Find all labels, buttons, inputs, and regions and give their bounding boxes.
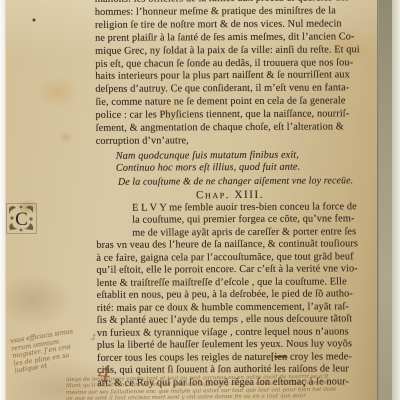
paragraph-line: corruption d’vn’autre, <box>96 134 380 149</box>
background-strip-right <box>392 0 400 400</box>
book-page: C maiſons: les officiers de la iuſtice a… <box>6 0 378 400</box>
latin-quote-line: Continuo hoc mors eſt illius, quod fuit … <box>96 161 380 175</box>
paragraph-line: ne prent plaiſir à la ſanté de ſes amis … <box>95 31 379 46</box>
paragraph-line: mique Grec, ny ſoldat à la paix de ſa vi… <box>95 44 379 59</box>
corrected-line-before: forcer tous les coups les reigles de nat… <box>97 352 271 364</box>
chapter-title: De la couſtume & de ne changer aiſement … <box>96 174 380 189</box>
printed-text-block: maiſons: les officiers de la iuſtice aux… <box>95 0 381 390</box>
stray-ink-mark: „f <box>89 334 96 342</box>
drop-cap-letter: C <box>15 209 28 230</box>
bottom-annotation: uiegs de leur ausses voufry tant et lout… <box>66 373 400 400</box>
book-page-photo: C maiſons: les officiers de la iuſtice a… <box>0 0 400 400</box>
page-edge-band <box>379 0 392 400</box>
corrected-line-after: croy les mede- <box>287 351 352 362</box>
strikethrough-word: ien <box>274 352 287 363</box>
ornamental-initial-icon: C <box>6 203 37 234</box>
margin-annotation: vsus efficacis simus rerum omnium magist… <box>10 324 103 375</box>
paragraph-line: ſement, & angmentation de chaque choſe, … <box>96 121 380 136</box>
